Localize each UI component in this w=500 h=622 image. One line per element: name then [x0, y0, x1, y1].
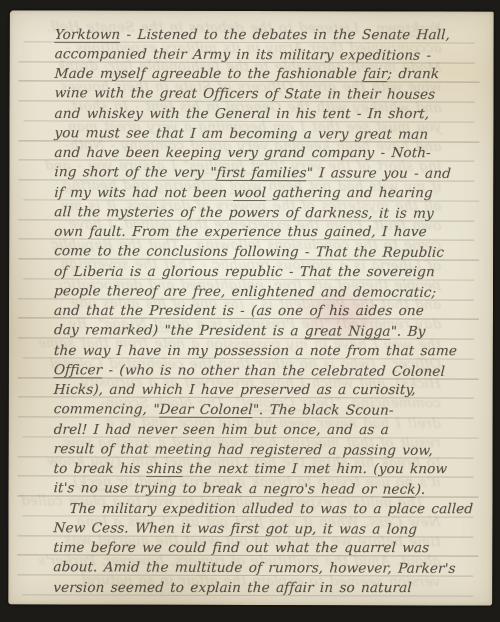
word-run: own fault. From the experience thus gain…: [54, 224, 427, 240]
word-run: and have been keeping very grand company…: [54, 145, 431, 161]
handwriting-line: people thereof are free, enlightened and…: [14, 280, 487, 301]
word-run: ).: [415, 482, 426, 498]
handwriting-line: Yorktown - Listened to the debates in th…: [15, 23, 488, 44]
handwriting-text: version seemed to explain the affair in …: [53, 580, 412, 596]
word-run: and whiskey with the General in his tent…: [54, 106, 429, 122]
handwriting-text: the way I have in my possession a note f…: [53, 343, 457, 359]
handwriting-text: to break his shins the next time I met h…: [53, 461, 447, 477]
handwriting-line: wine with the great Officers of State in…: [15, 83, 488, 104]
handwriting-line: day remarked) "the President is a great …: [14, 320, 487, 341]
word-run: to break his: [53, 461, 147, 477]
handwriting-text: Hicks), and which I have preserved as a …: [53, 382, 416, 398]
handwriting-text: day remarked) "the President is a great …: [54, 322, 426, 340]
word-run: ; drank: [387, 66, 440, 82]
handwriting-line: all the mysteries of the powers of darkn…: [14, 201, 487, 222]
handwriting-text: wine with the great Officers of State in…: [54, 85, 436, 103]
handwriting-line: and that the President is - (as one of h…: [14, 300, 487, 321]
handwriting-line: about. Amid the multitude of rumors, how…: [13, 557, 486, 578]
word-run: of Liberia is a glorious republic - That…: [54, 264, 436, 280]
word-run: about. Amid the multitude of rumors, how…: [53, 559, 456, 577]
handwriting-line: and whiskey with the General in his tent…: [14, 102, 487, 123]
handwriting-text: come to the conclusions following - That…: [54, 243, 445, 261]
underlined-word: Dear Colonel: [159, 402, 253, 418]
handwriting-text: it's no use trying to break a negro's he…: [53, 480, 426, 498]
word-run: New Cess. When it was first got up, it w…: [53, 520, 418, 538]
word-run: version seemed to explain the affair in …: [53, 580, 412, 596]
underlined-word: Officer: [53, 362, 102, 378]
underlined-word: great Nigga: [304, 323, 391, 339]
handwriting-text: Made myself agreeable to the fashionable…: [54, 66, 439, 82]
handwriting-text: and that the President is - (as one of h…: [54, 303, 425, 319]
handwriting-text: you must see that I am becoming a very g…: [54, 125, 429, 143]
word-run: come to the conclusions following - That…: [54, 243, 445, 261]
word-run: you must see that I am becoming a very g…: [54, 125, 429, 143]
underlined-word: neck: [382, 482, 416, 498]
handwriting-text: commencing, "Dear Colonel". The black Sc…: [53, 401, 394, 418]
handwriting-line: it's no use trying to break a negro's he…: [14, 478, 487, 499]
word-run: commencing, ": [53, 401, 160, 417]
word-run: gathering and hearing: [266, 185, 434, 201]
scanned-letter-background: Yorktown - Listened to the debates in th…: [0, 0, 500, 622]
handwriting-line: the way I have in my possession a note f…: [14, 339, 487, 360]
handwriting-line: if my wits had not been wool gathering a…: [14, 181, 487, 202]
word-run: - (who is no other than the celebrated C…: [102, 362, 446, 379]
handwriting-text: Officer - (who is no other than the cele…: [53, 362, 445, 380]
handwriting-line: ing short of the very "first families" I…: [14, 162, 487, 183]
word-run: Hicks), and which I have preserved as a …: [53, 382, 416, 398]
handwriting-text: if my wits had not been wool gathering a…: [54, 185, 433, 201]
handwriting-line: version seemed to explain the affair in …: [13, 576, 486, 597]
word-run: day remarked) "the President is a: [54, 322, 306, 339]
handwriting-text: The military expedition alluded to was t…: [69, 501, 473, 517]
word-run: - Listened to the debates in the Senate …: [120, 27, 451, 43]
word-run: and that the President is - (as one of h…: [54, 303, 425, 319]
word-run: ing short of the very ": [54, 164, 217, 181]
underlined-word: first families: [216, 165, 307, 181]
word-run: the next time I met him. (you know: [182, 461, 447, 477]
word-run: it's no use trying to break a negro's he…: [53, 480, 383, 497]
handwriting-line: commencing, "Dear Colonel". The black Sc…: [14, 399, 487, 420]
handwriting-line: accompanied their Army in its military e…: [15, 43, 488, 64]
handwriting-line: New Cess. When it was first got up, it w…: [13, 517, 486, 538]
handwriting-text: of Liberia is a glorious republic - That…: [54, 264, 436, 280]
word-run: if my wits had not been: [54, 185, 234, 201]
handwriting-line: result of that meeting had registered a …: [14, 438, 487, 459]
word-run: result of that meeting had registered a …: [53, 441, 433, 459]
handwriting-line: Made myself agreeable to the fashionable…: [15, 63, 488, 84]
handwriting-text: time before we could find out what the q…: [53, 540, 430, 556]
handwriting-line: own fault. From the experience thus gain…: [14, 221, 487, 242]
handwriting-line: you must see that I am becoming a very g…: [14, 122, 487, 143]
word-run: all the mysteries of the powers of darkn…: [54, 204, 434, 222]
word-run: accompanied their Army in its military e…: [54, 46, 431, 64]
handwriting-line: come to the conclusions following - That…: [14, 241, 487, 262]
word-run: the way I have in my possession a note f…: [53, 343, 457, 359]
handwriting-text: ing short of the very "first families" I…: [54, 164, 451, 182]
handwriting-text: people thereof are free, enlightened and…: [54, 283, 437, 301]
handwriting-line: Hicks), and which I have preserved as a …: [14, 379, 487, 400]
underlined-word: Yorktown: [54, 27, 120, 43]
underlined-word: shins: [146, 461, 183, 477]
word-run: time before we could find out what the q…: [53, 540, 430, 556]
handwriting-line: of Liberia is a glorious republic - That…: [14, 260, 487, 281]
handwriting-text: own fault. From the experience thus gain…: [54, 224, 427, 240]
word-run: ". The black Scoun-: [252, 402, 394, 419]
handwriting-line: to break his shins the next time I met h…: [14, 458, 487, 479]
handwriting-line: time before we could find out what the q…: [13, 537, 486, 558]
handwriting-text: drel! I had never seen him but once, and…: [53, 422, 389, 438]
handwriting-text: Yorktown - Listened to the debates in th…: [54, 27, 450, 43]
handwriting-text: and whiskey with the General in his tent…: [54, 106, 429, 122]
handwriting-line: The military expedition alluded to was t…: [13, 497, 486, 518]
handwriting-text: all the mysteries of the powers of darkn…: [54, 204, 434, 222]
handwriting-line: and have been keeping very grand company…: [14, 142, 487, 163]
underlined-word: fair: [363, 66, 388, 82]
handwriting-text: and have been keeping very grand company…: [54, 145, 431, 161]
word-run: " I assure you - and: [306, 165, 451, 182]
handwriting-layer: Yorktown - Listened to the debates in th…: [13, 23, 488, 601]
handwriting-text: accompanied their Army in its military e…: [54, 46, 431, 64]
word-run: wine with the great Officers of State in…: [54, 85, 436, 103]
word-run: drel! I had never seen him but once, and…: [53, 422, 389, 438]
word-run: The military expedition alluded to was t…: [69, 501, 473, 517]
word-run: Made myself agreeable to the fashionable: [54, 66, 363, 82]
underlined-word: wool: [233, 185, 267, 201]
word-run: ". By: [390, 324, 426, 340]
handwriting-text: result of that meeting had registered a …: [53, 441, 433, 459]
letter-page: Yorktown - Listened to the debates in th…: [8, 10, 494, 605]
handwriting-text: about. Amid the multitude of rumors, how…: [53, 559, 456, 577]
word-run: people thereof are free, enlightened and…: [54, 283, 437, 301]
handwriting-text: New Cess. When it was first got up, it w…: [53, 520, 418, 538]
handwriting-line: Officer - (who is no other than the cele…: [14, 359, 487, 380]
handwriting-line: drel! I had never seen him but once, and…: [14, 418, 487, 439]
